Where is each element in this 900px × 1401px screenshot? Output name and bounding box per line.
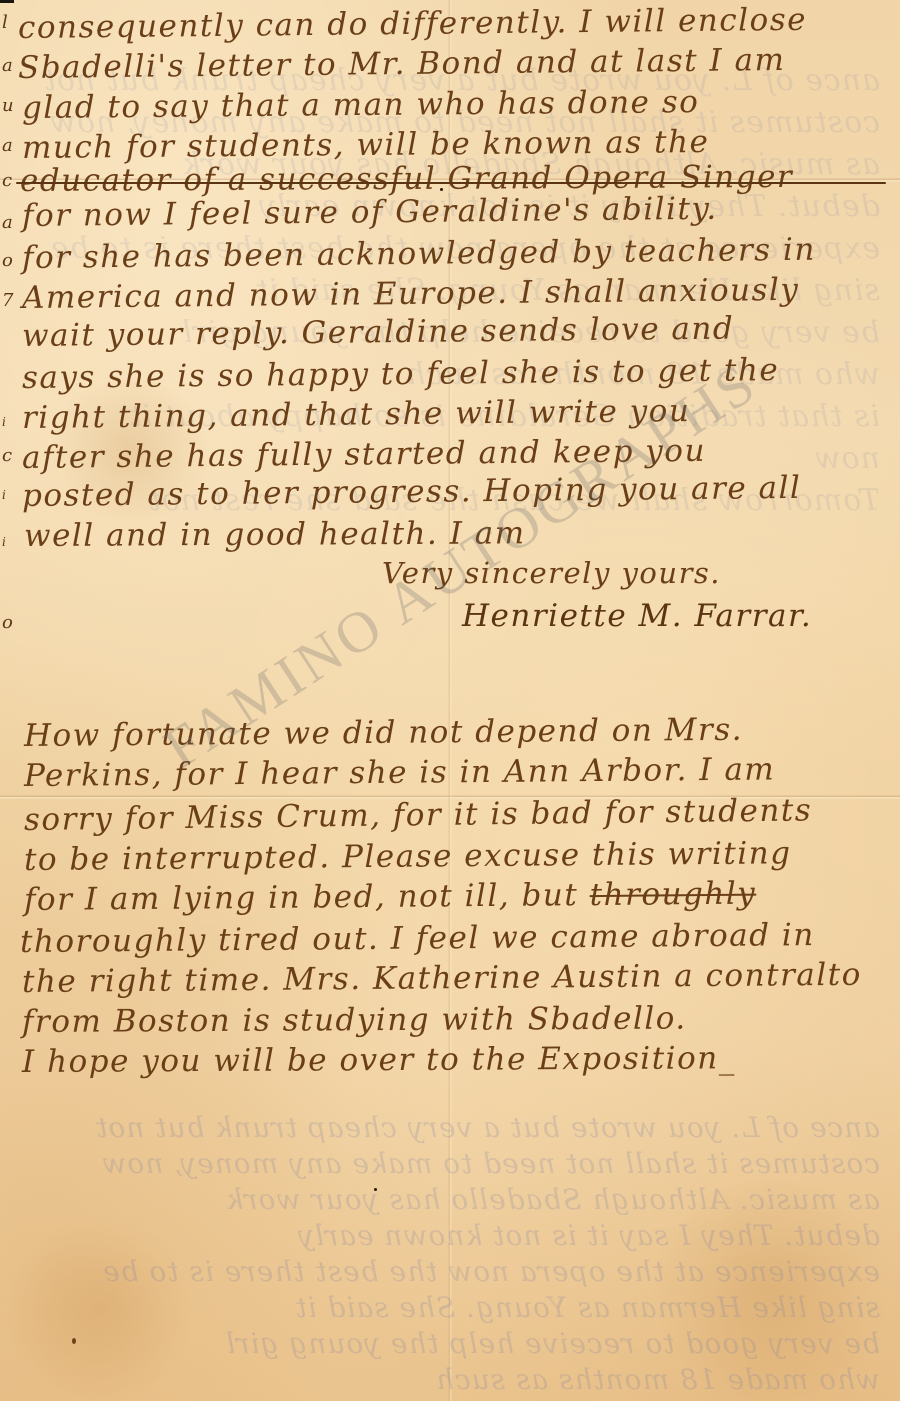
postscript-line: Perkins, for I hear she is in Ann Arbor.… — [24, 751, 776, 794]
letter-page: ance of L. you wrote but a very cheap tr… — [0, 0, 900, 1401]
valediction: Very sincerely yours. — [382, 556, 721, 590]
postscript-line: thoroughly tired out. I feel we came abr… — [20, 917, 815, 960]
signature: Henriette M. Farrar. — [462, 598, 812, 634]
letter-line: America and now in Europe. I shall anxio… — [22, 272, 800, 316]
postscript-line: the right time. Mrs. Katherine Austin a … — [22, 957, 862, 1000]
letter-line: says she is so happy to feel she is to g… — [22, 352, 780, 396]
ink-speck — [374, 1188, 377, 1191]
postscript-line: to be interrupted. Please excuse this wr… — [24, 835, 792, 878]
ink-speck — [72, 1338, 76, 1344]
postscript-line-text: for I am lying in bed, not ill, but — [24, 877, 579, 918]
postscript-line: from Boston is studying with Sbadello. — [22, 1001, 687, 1040]
underline-stroke — [16, 182, 886, 184]
letter-line: well and in good health. I am — [24, 515, 526, 554]
letter-line: wait your reply. Geraldine sends love an… — [22, 311, 735, 354]
postscript-line: How fortunate we did not depend on Mrs. — [24, 712, 743, 754]
letter-line: for now I feel sure of Geraldine's abili… — [22, 191, 718, 234]
postscript-line: for I am lying in bed, not ill, but thro… — [24, 876, 757, 918]
struck-word: throughly — [589, 876, 756, 913]
letter-line: for she has been acknowledged by teacher… — [22, 232, 816, 276]
ink-speck — [440, 188, 443, 191]
letter-line: consequently can do differently. I will … — [18, 2, 807, 46]
letter-line: after she has fully started and keep you — [22, 433, 706, 476]
postscript-line: sorry for Miss Crum, for it is bad for s… — [24, 792, 813, 838]
postscript-line: I hope you will be over to the Expositio… — [22, 1040, 736, 1080]
letter-line: glad to say that a man who has done so — [22, 84, 700, 126]
letter-line: Sbadelli's letter to Mr. Bond and at las… — [18, 42, 786, 86]
letter-line: right thing, and that she will write you — [22, 393, 691, 436]
letter-line: posted as to her progress. Hoping you ar… — [22, 470, 802, 514]
letter-body: consequently can do differently. I will … — [0, 0, 900, 1401]
